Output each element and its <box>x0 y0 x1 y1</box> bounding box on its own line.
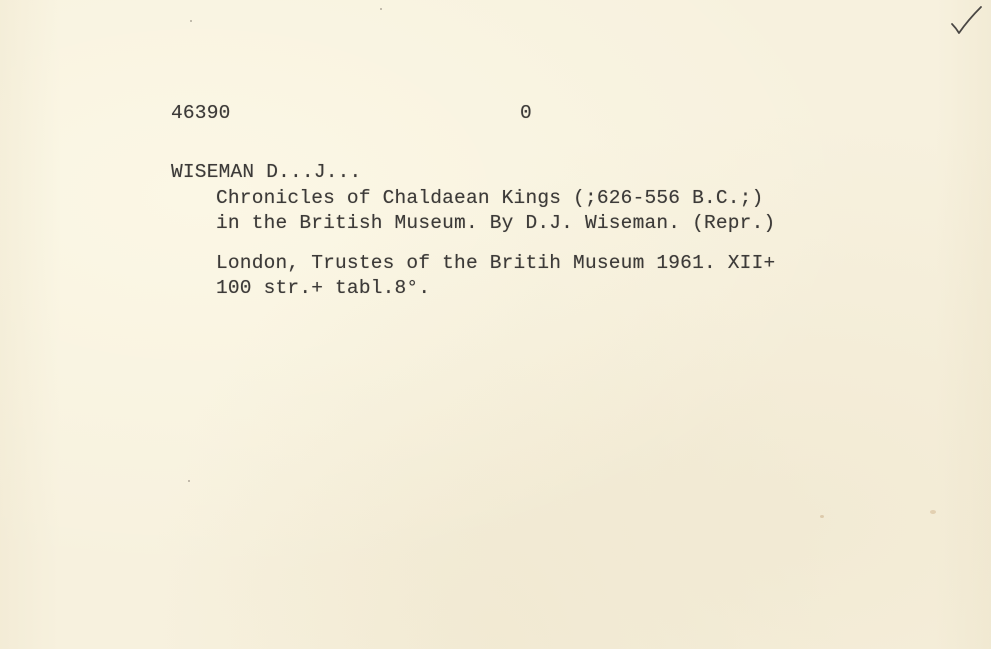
author-heading: WISEMAN D...J... <box>171 160 361 184</box>
accession-number: 46390 <box>171 101 231 125</box>
paper-speck <box>188 480 190 482</box>
shelf-mark: 0 <box>520 101 532 125</box>
paper-speck <box>930 510 936 514</box>
paper-speck <box>190 20 192 22</box>
title-line: in the British Museum. By D.J. Wiseman. … <box>216 211 775 235</box>
paper-speck <box>380 8 382 10</box>
checkmark-icon <box>948 4 984 36</box>
paper-speck <box>820 515 824 518</box>
title-line: Chronicles of Chaldaean Kings (;626-556 … <box>216 186 764 210</box>
card-edge-shading <box>0 0 60 649</box>
imprint-line: 100 str.+ tabl.8°. <box>216 276 430 300</box>
imprint-line: London, Trustes of the Britih Museum 196… <box>216 251 775 275</box>
catalog-card: 46390 0 WISEMAN D...J... Chronicles of C… <box>0 0 991 649</box>
card-edge-shading <box>936 0 991 649</box>
